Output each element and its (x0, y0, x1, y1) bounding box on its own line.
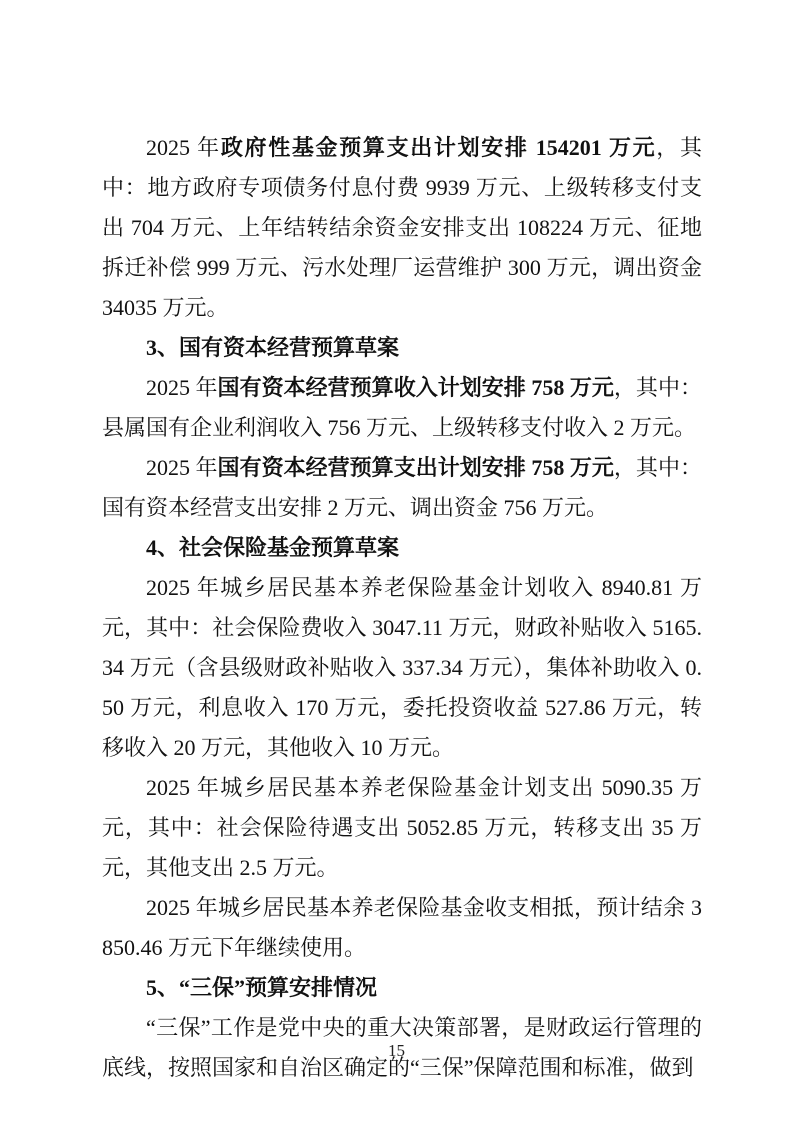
heading-three-guarantees: 5、“三保”预算安排情况 (102, 968, 702, 1008)
page-footer: 15 (0, 1040, 793, 1062)
text-run-bold: 国有资本经营预算收入计划安排 758 万元 (218, 375, 614, 400)
text-run-bold: 国有资本经营预算支出计划安排 758 万元 (218, 455, 614, 480)
text-run: 2025 年城乡居民基本养老保险基金收支相抵，预计结余 3850.46 万元下年… (102, 895, 702, 960)
text-run-bold: 政府性基金预算支出计划安排 154201 万元 (221, 135, 656, 160)
paragraph-gov-fund-expenditure: 2025 年政府性基金预算支出计划安排 154201 万元，其中：地方政府专项债… (102, 128, 702, 328)
text-run: 2025 年城乡居民基本养老保险基金计划收入 8940.81 万元，其中：社会保… (102, 575, 702, 760)
heading-social-insurance-budget: 4、社会保险基金预算草案 (102, 528, 702, 568)
heading-text: 5、“三保”预算安排情况 (146, 975, 377, 1000)
page-number: 15 (388, 1041, 405, 1060)
paragraph-soe-capital-revenue: 2025 年国有资本经营预算收入计划安排 758 万元，其中：县属国有企业利润收… (102, 368, 702, 448)
paragraph-pension-fund-balance: 2025 年城乡居民基本养老保险基金收支相抵，预计结余 3850.46 万元下年… (102, 888, 702, 968)
paragraph-soe-capital-expenditure: 2025 年国有资本经营预算支出计划安排 758 万元，其中：国有资本经营支出安… (102, 448, 702, 528)
document-body: 2025 年政府性基金预算支出计划安排 154201 万元，其中：地方政府专项债… (102, 128, 702, 1088)
heading-text: 3、国有资本经营预算草案 (146, 335, 399, 360)
text-run: ，其中：地方政府专项债务付息付费 9939 万元、上级转移支付支出 704 万元… (102, 135, 702, 320)
paragraph-pension-fund-revenue: 2025 年城乡居民基本养老保险基金计划收入 8940.81 万元，其中：社会保… (102, 568, 702, 768)
heading-text: 4、社会保险基金预算草案 (146, 535, 399, 560)
paragraph-pension-fund-expenditure: 2025 年城乡居民基本养老保险基金计划支出 5090.35 万元，其中：社会保… (102, 768, 702, 888)
text-run: 2025 年 (146, 375, 218, 400)
document-page: 2025 年政府性基金预算支出计划安排 154201 万元，其中：地方政府专项债… (0, 0, 793, 1122)
text-run: 2025 年 (146, 455, 218, 480)
heading-soe-capital-budget: 3、国有资本经营预算草案 (102, 328, 702, 368)
text-run: 2025 年城乡居民基本养老保险基金计划支出 5090.35 万元，其中：社会保… (102, 775, 702, 880)
text-run: 2025 年 (146, 135, 221, 160)
